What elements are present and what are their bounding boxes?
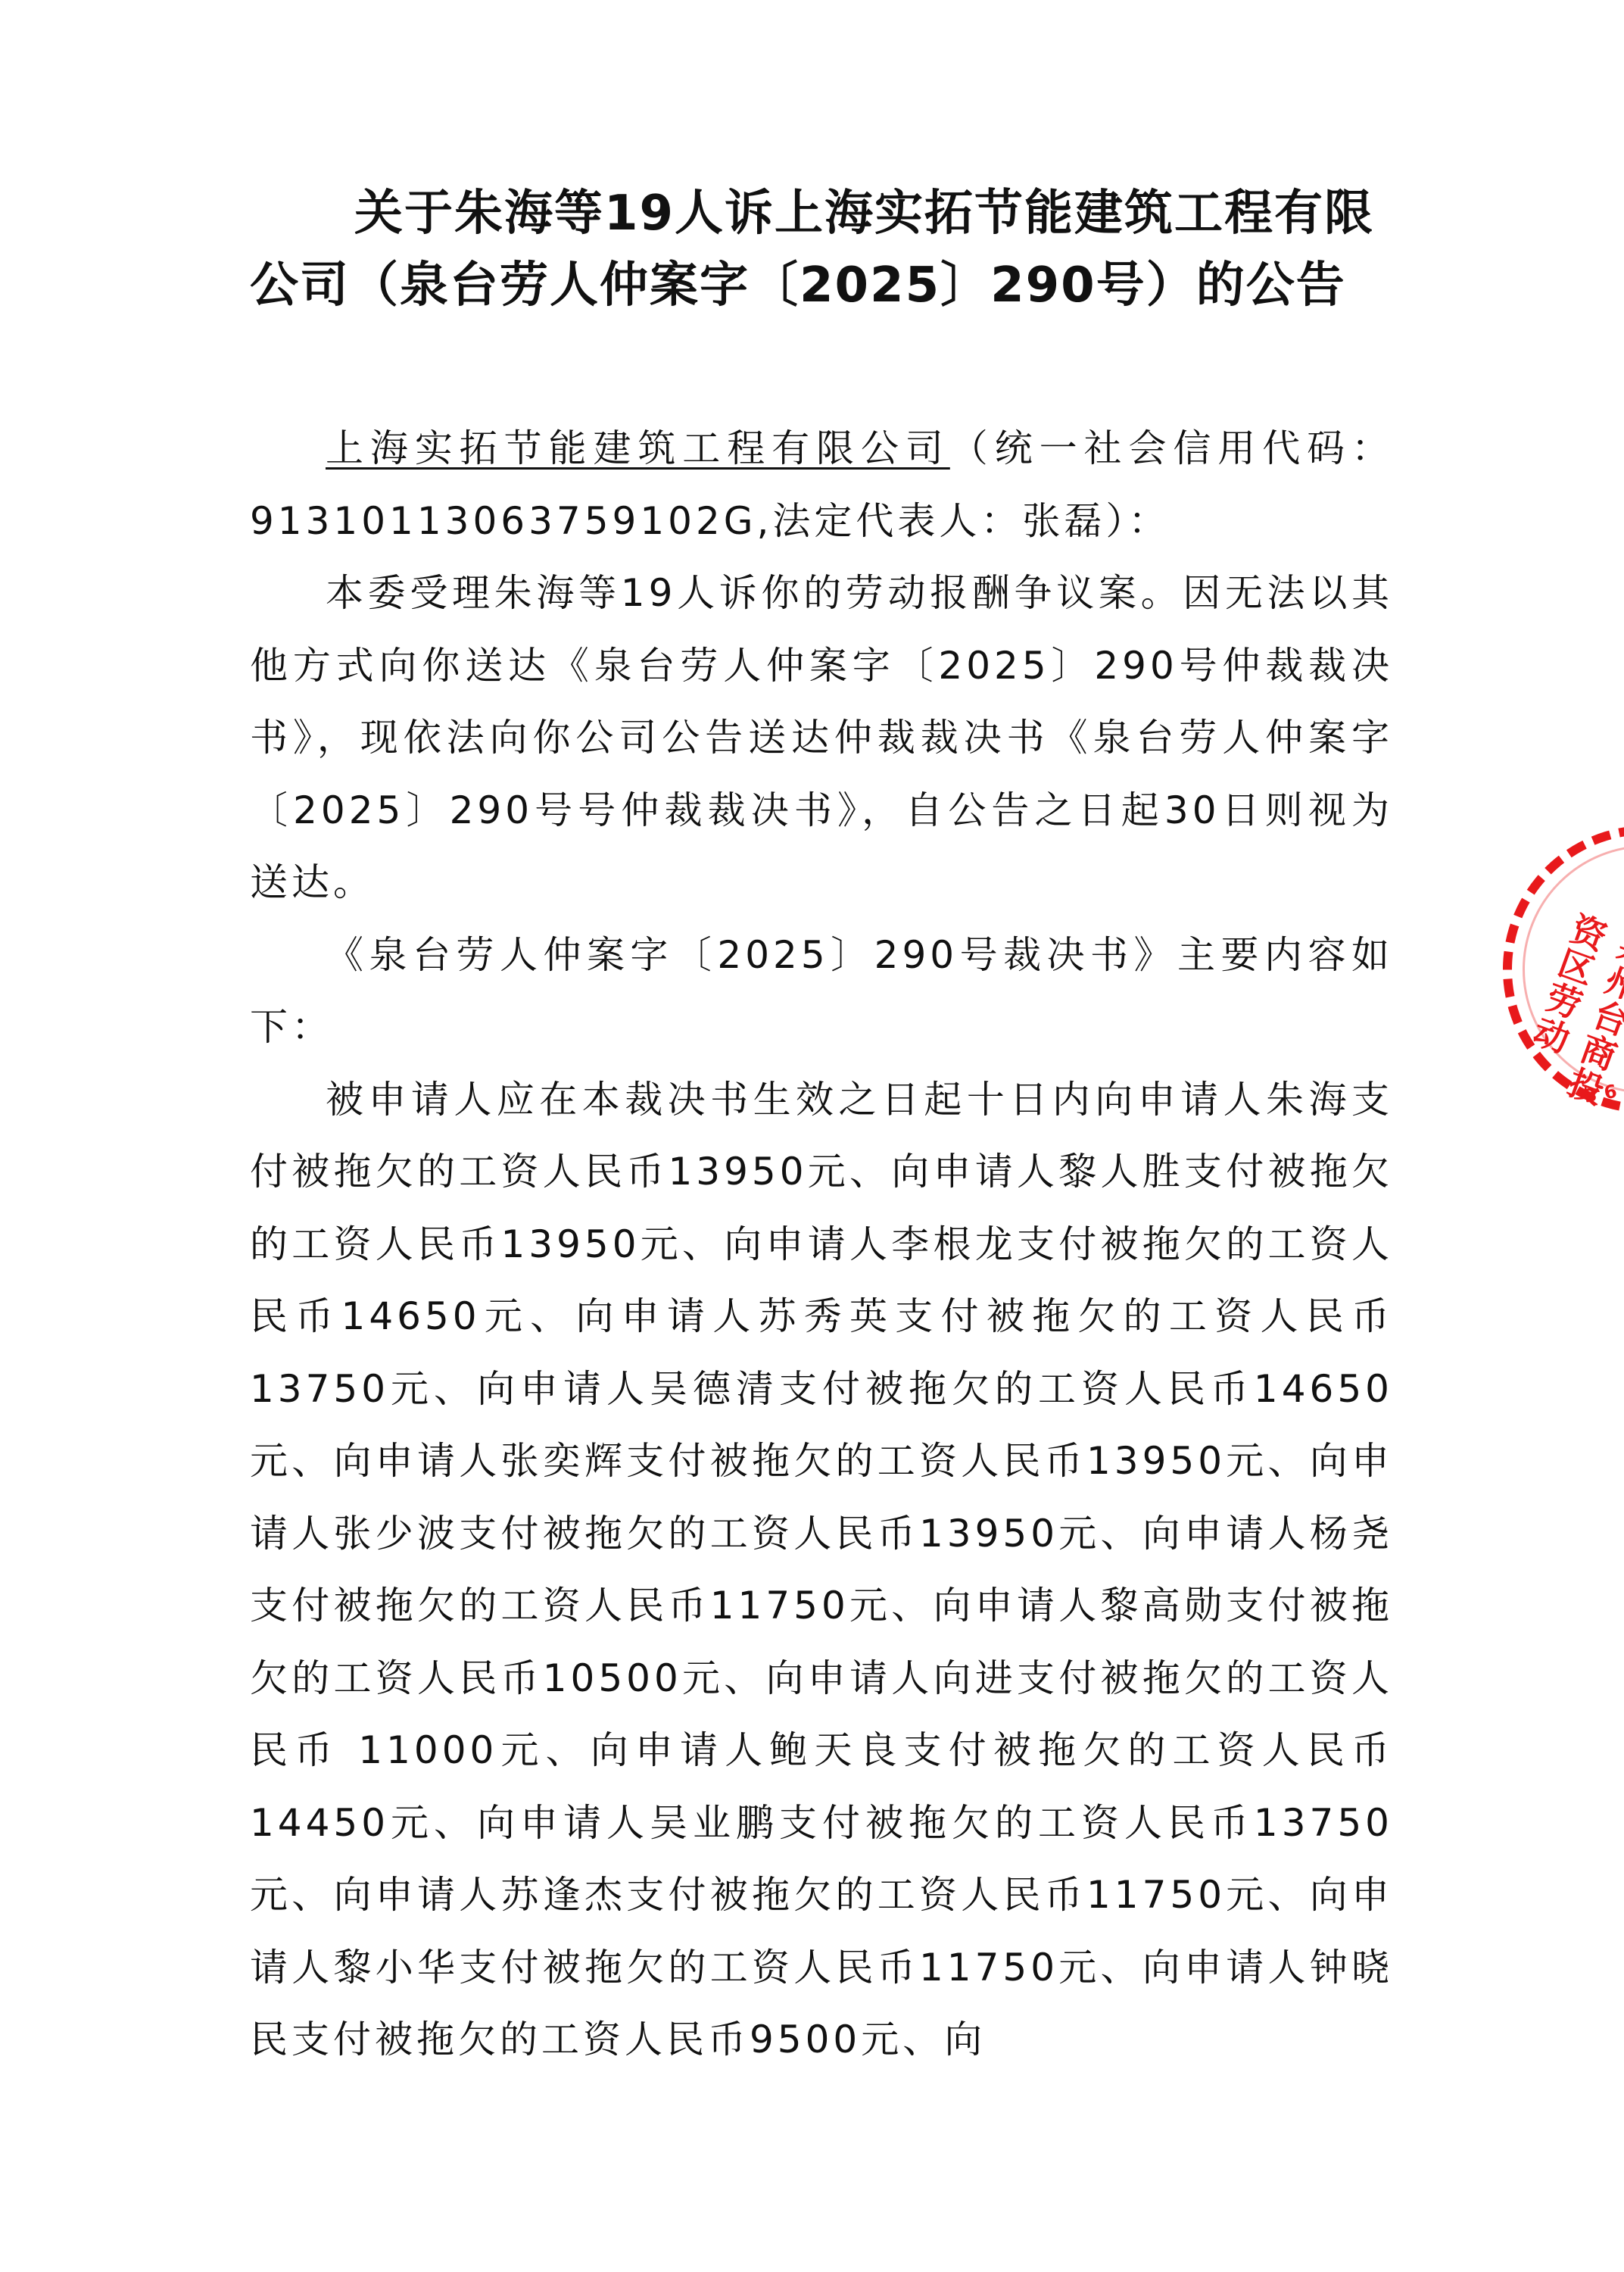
paragraph-summary-intro: 《泉台劳人仲案字〔2025〕290号裁决书》主要内容如下： [250,919,1393,1064]
addressee-company: 上海实拓节能建筑工程有限公司 [326,426,950,470]
addressee: 上海实拓节能建筑工程有限公司（统一社会信用代码：9131011306375910… [250,413,1393,557]
document-body: 上海实拓节能建筑工程有限公司（统一社会信用代码：9131011306375910… [250,413,1393,2077]
title-line-2: 公司（泉台劳人仲案字〔2025〕290号）的公告 [250,250,1401,322]
paragraph-ruling: 被申请人应在本裁决书生效之日起十日内向申请人朱海支付被拖欠的工资人民币13950… [250,1064,1393,2077]
paragraph-notice: 本委受理朱海等19人诉你的劳动报酬争议案。因无法以其他方式向你送达《泉台劳人仲案… [250,557,1393,919]
document-title: 关于朱海等19人诉上海实拓节能建筑工程有限 公司（泉台劳人仲案字〔2025〕29… [250,178,1401,322]
title-line-1: 关于朱海等19人诉上海实拓节能建筑工程有限 [250,178,1401,250]
star-icon: ★ [1618,956,1624,1009]
official-seal-stamp: 泉州台商投资区劳动 ★ 360 [1503,825,1624,1113]
